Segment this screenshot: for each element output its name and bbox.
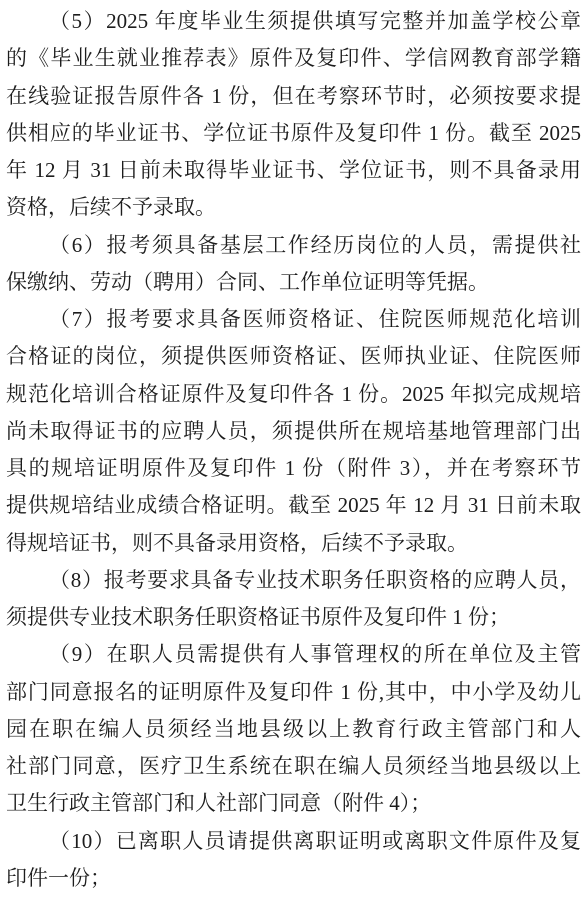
paragraph-8-line-1: （8）报考要求具备专业技术职务任职资格的应聘人员， [6, 562, 581, 599]
paragraph-7-line-4: 尚未取得证书的应聘人员，须提供所在规培基地管理部门出 [6, 413, 581, 450]
paragraph-8-line-2: 须提供专业技术职务任职资格证书原件及复印件 1 份； [6, 599, 581, 636]
paragraph-10-line-1: （10）已离职人员请提供离职证明或离职文件原件及复 [6, 823, 581, 860]
document-page: （5）2025 年度毕业生须提供填写完整并加盖学校公章 的《毕业生就业推荐表》原… [0, 0, 587, 897]
paragraph-9-line-4: 社部门同意，医疗卫生系统在职在编人员须经当地县级以上 [6, 748, 581, 785]
paragraph-7-line-2: 合格证的岗位，须提供医师资格证、医师执业证、住院医师 [6, 338, 581, 375]
paragraph-5-line-4: 供相应的毕业证书、学位证书原件及复印件 1 份。截至 2025 [6, 115, 581, 152]
paragraph-7-line-1: （7）报考要求具备医师资格证、住院医师规范化培训 [6, 301, 581, 338]
paragraph-10-line-2: 印件一份； [6, 860, 581, 897]
paragraph-7-line-7: 得规培证书，则不具备录用资格，后续不予录取。 [6, 525, 581, 562]
paragraph-5-line-3: 在线验证报告原件各 1 份，但在考察环节时，必须按要求提 [6, 78, 581, 115]
paragraph-5-line-1: （5）2025 年度毕业生须提供填写完整并加盖学校公章 [6, 3, 581, 40]
paragraph-7-line-3: 规范化培训合格证原件及复印件各 1 份。2025 年拟完成规培 [6, 376, 581, 413]
paragraph-6-line-2: 保缴纳、劳动（聘用）合同、工作单位证明等凭据。 [6, 264, 581, 301]
paragraph-9-line-2: 部门同意报名的证明原件及复印件 1 份,其中，中小学及幼儿 [6, 674, 581, 711]
paragraph-9-line-1: （9）在职人员需提供有人事管理权的所在单位及主管 [6, 636, 581, 673]
paragraph-5-line-2: 的《毕业生就业推荐表》原件及复印件、学信网教育部学籍 [6, 40, 581, 77]
paragraph-7-line-6: 提供规培结业成绩合格证明。截至 2025 年 12 月 31 日前未取 [6, 487, 581, 524]
paragraph-9-line-3: 园在职在编人员须经当地县级以上教育行政主管部门和人 [6, 711, 581, 748]
paragraph-7-line-5: 具的规培证明原件及复印件 1 份（附件 3），并在考察环节 [6, 450, 581, 487]
paragraph-5-line-5: 年 12 月 31 日前未取得毕业证书、学位证书，则不具备录用 [6, 152, 581, 189]
paragraph-5-line-6: 资格，后续不予录取。 [6, 189, 581, 226]
paragraph-6-line-1: （6）报考须具备基层工作经历岗位的人员，需提供社 [6, 227, 581, 264]
paragraph-9-line-5: 卫生行政主管部门和人社部门同意（附件 4）； [6, 785, 581, 822]
